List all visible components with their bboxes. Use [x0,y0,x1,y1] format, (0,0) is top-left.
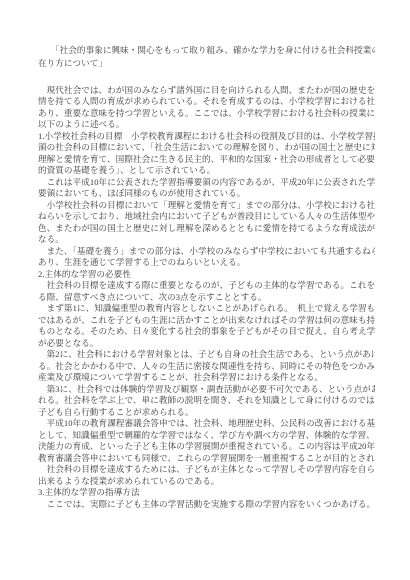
text-line: 出来るような授業が求められているのである。 [38,476,375,488]
text-line: 教育審議会答申においても同様で、これらの学習展開を一層重視することが目的とされて… [38,453,375,465]
text-line: る際、留意すべき点について、次の3点を示すこととする。 [38,292,375,304]
text-line: 的資質の基礎を養う」、として示されている。 [38,165,375,177]
text-line: が必要となる。 [38,338,375,350]
section-heading-line: 1.小学校社会科の目標 小学校教育課程における社会科の役割及び目的は、小学校学習… [38,131,375,143]
text-line: また、「基礎を養う」までの部分は、小学校のみならず中学校においても共通するねらい… [38,246,375,258]
text-line: ここでは、実際に子ども主体の学習活動を実施する際の学習内容をいくつかあげる。また… [38,499,375,511]
text-line: 領の社会科の目標において、「社会生活においての理解を図り、わが国の国土と歴史に対… [38,142,375,154]
document-title: 「社会的事象に興味・関心をもって取り組み、確かな学力を身に付ける社会科授業の 在… [38,44,375,71]
text-line: 情を持てる人間の育成が求められている。それを育成するのは、小学校学習における社会… [38,96,375,108]
text-line: ではあるが、これを子どもの生涯に活かすことが出来なければその学習は何の意味も持た… [38,315,375,327]
text-line: まず第1に、知識偏重型の教育内容としないことがあげられる。 机上で覚える学習も大… [38,303,375,315]
document-body: 現代社会では、わが国のみならず諸外国に目を向けられる人間、またわが国の歴史を知り… [38,85,375,511]
text-line: 第3に、社会科では体験的学習及び観察・調査活動が必要不可欠である、という点があげ… [38,384,375,396]
document-page: 「社会的事象に興味・関心をもって取り組み、確かな学力を身に付ける社会科授業の 在… [0,0,410,580]
text-line: 小学校社会科の目標において「理解と愛情を育て」までの部分は、小学校における社会科… [38,200,375,212]
section-heading-line: 2.主体的な学習の必要性 [38,269,375,281]
text-line: あり、生涯を通じて学習する上でのねらいといえる。 [38,257,375,269]
text-line: 現代社会では、わが国のみならず諸外国に目を向けられる人間、またわが国の歴史を知り… [38,85,375,97]
text-line: 社会科の目標を達成するためには、子どもが主体となって学習しその学習内容を自らの力… [38,464,375,476]
section-heading-line: 3.主体的な学習の指導方法 [38,487,375,499]
text-line: なる。 [38,234,375,246]
text-line: 産業及び環境について学習することが、社会科学習における条件となる。 [38,372,375,384]
text-line: ものとなる。そのため、日々変化する社会的事象を子どもがその目で捉え、自ら考え学ぶ… [38,326,375,338]
text-line: 平成10年の教育課程審議会答申では、社会科、地理歴史科、公民科の改善における基本… [38,418,375,430]
text-line: 色、またわが国の国土と歴史に対し理解を深めるとともに愛情を持てるような育成法が重… [38,223,375,235]
text-line: 決能力の育成、といった子ども主体の学習展開が重視されている。この内容は平成20年… [38,441,375,453]
document-title-line: 「社会的事象に興味・関心をもって取り組み、確かな学力を身に付ける社会科授業の [38,44,375,57]
text-line: 社会科の目標を達成する際に重要となるのが、子どもの主体的な学習である。これを指導… [38,280,375,292]
text-line: 以下のように述べる。 [38,119,375,131]
text-line: ねらいを示しており、地域社会内において子どもが普段目にしている人々の生活体型やそ… [38,211,375,223]
text-line: 要領においても、ほぼ同様のものが使用されている。 [38,188,375,200]
text-line: れる。社会科を学ぶ上で、単に教師の説明を聞き、それを知識として身に付けるのではな… [38,395,375,407]
text-line: 子ども自ら行動することが求められる。 [38,407,375,419]
text-line: これは平成10年に公表された学習指導要領の内容であるが、平成20年に公表された学… [38,177,375,189]
text-line: として、知識偏重型で網羅的な学習ではなく、学び方や調べ方の学習、体験的な学習、問… [38,430,375,442]
text-line: 理解と愛情を育て、国際社会に生きる民主的、平和的な国家・社会の形成者として必要な… [38,154,375,166]
document-title-line: 在り方について」 [38,57,375,70]
text-line: る。社会とかかわる中で、人々の生活に密接な関連性を持ち、同時にその特色をつかみな… [38,361,375,373]
text-line: あり、重要な意味を持つ学習といえる。ここでは、小学校学習における社会科の授業につ… [38,108,375,120]
text-line: 第2に、社会科における学習対象とは、子ども自身の社会生活である、という点があげら… [38,349,375,361]
